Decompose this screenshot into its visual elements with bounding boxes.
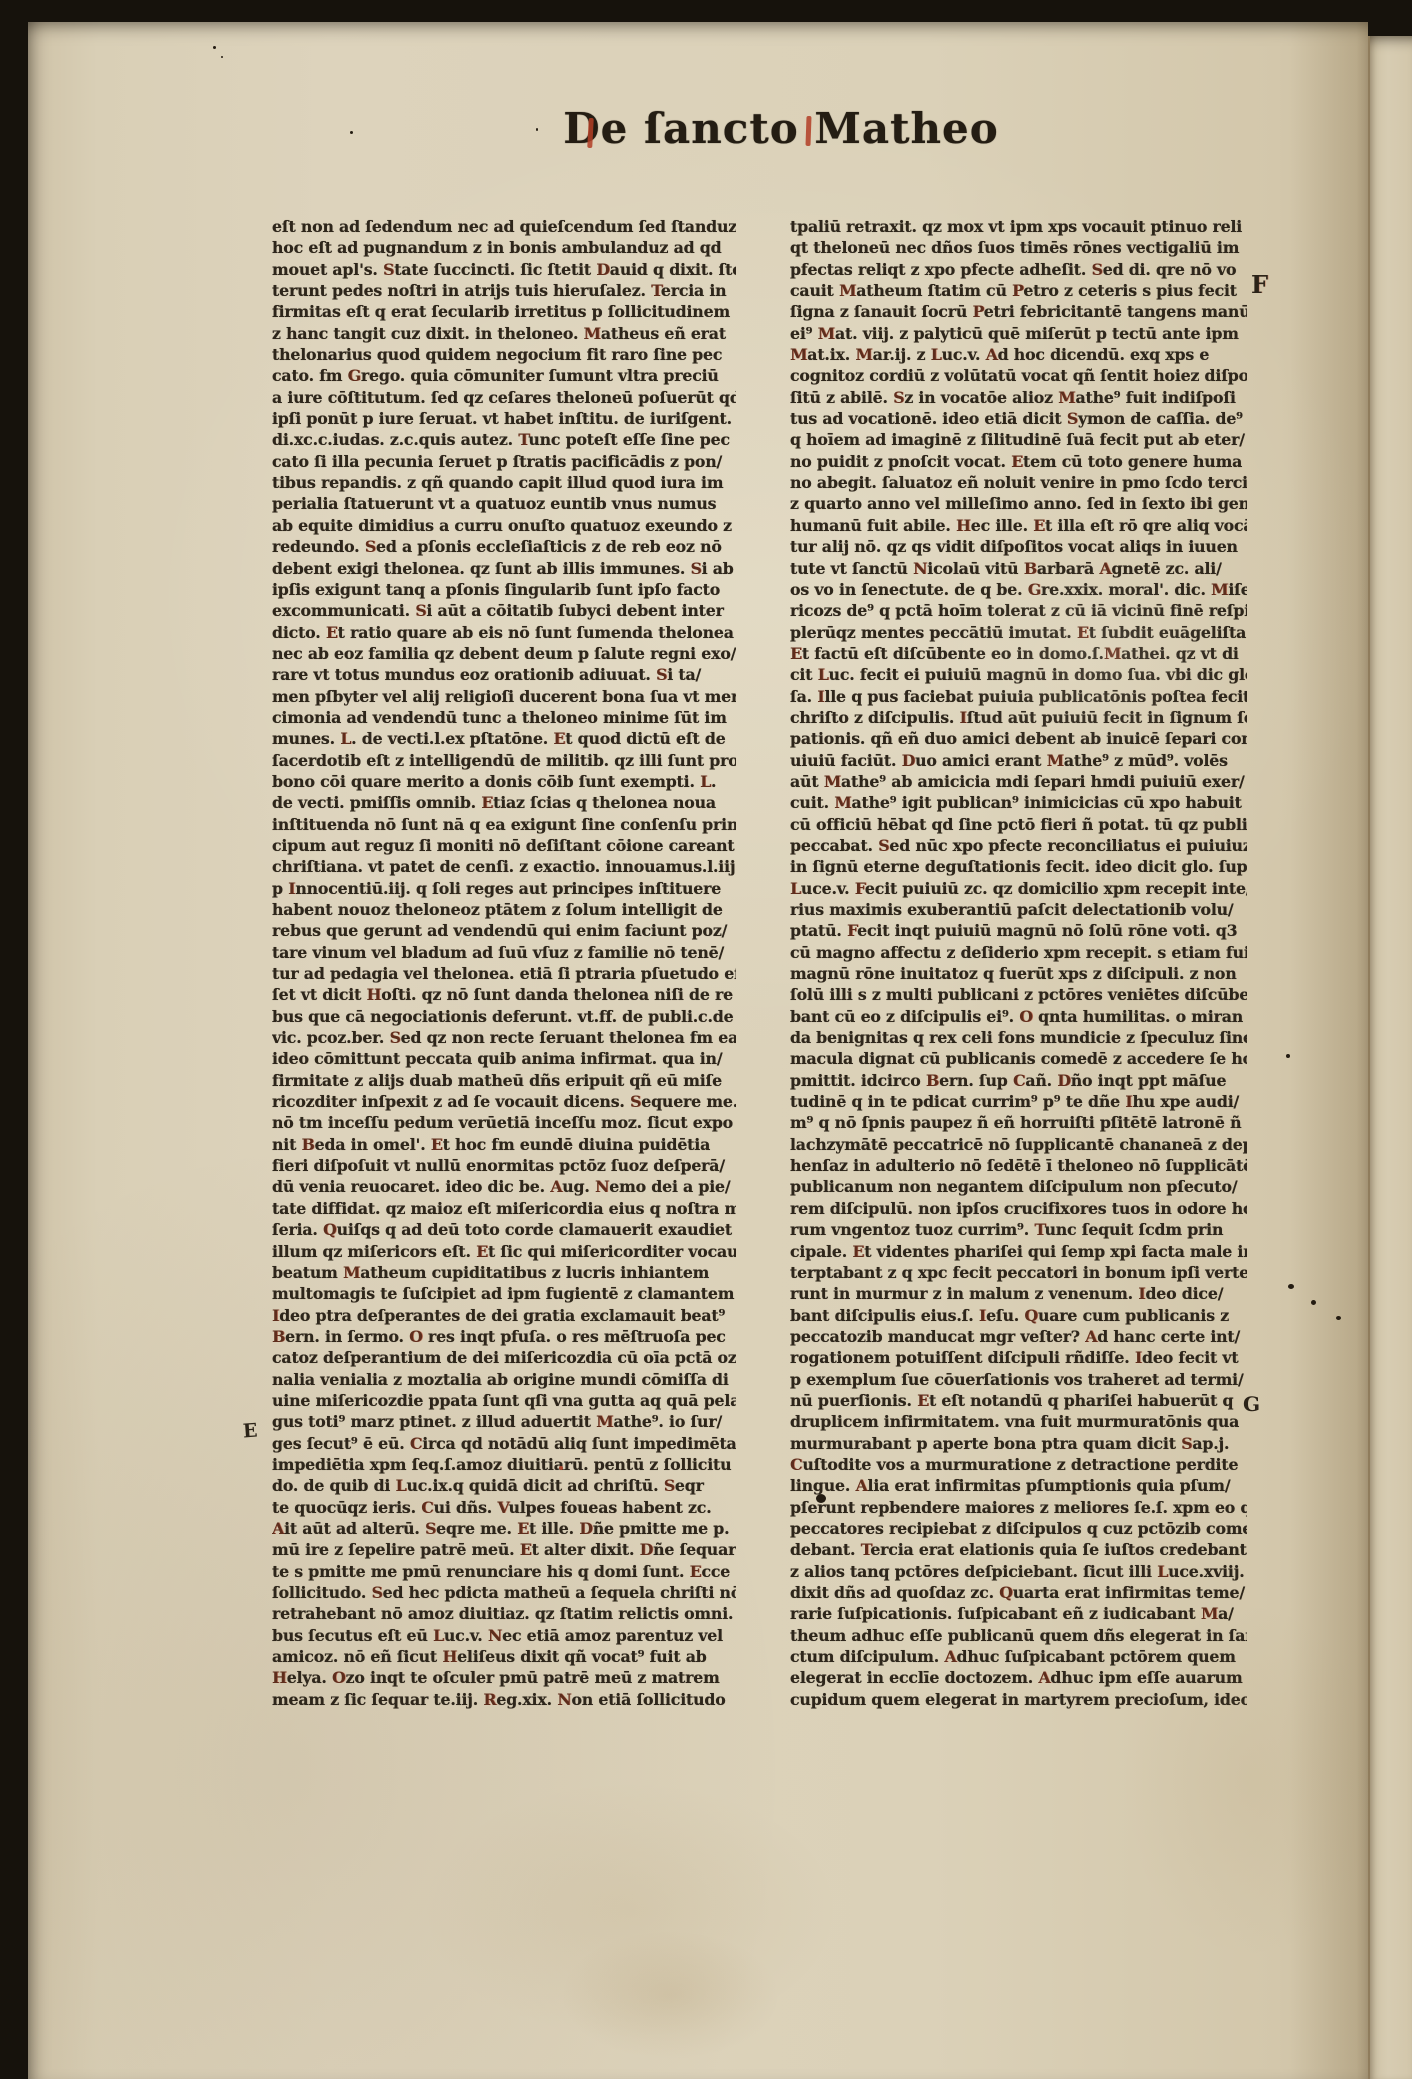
text-line: dicto. Et ratio quare ab eis nō ſunt ſum… [272,622,736,643]
text-line: cit Luc. fecit ei puiuiū magnū in domo ſ… [790,664,1247,685]
text-line: aūt Mathe⁹ ab amicicia mdi ſepari hmdi p… [790,771,1247,792]
text-line: habent nouoz theloneoz ptātem z ſolum in… [272,899,736,920]
text-line: runt in murmur z in malum z venenum. Ide… [790,1283,1247,1304]
text-line: firmitate z alijs duab matheū dñs eripui… [272,1070,736,1091]
text-line: de vecti. pmiſſis omnib. Etiaz ſcias q t… [272,792,736,813]
text-line: ſitū z abilē. Sz in vocatōe alioz Mathe⁹… [790,387,1247,408]
text-line: mouet apl's. State ſuccincti. ſic ſtetit… [272,259,736,280]
text-line: rius maximis exuberantiū paſcit delectat… [790,899,1247,920]
text-line: chriſtiana. vt patet de cenſi. z exactio… [272,856,736,877]
text-line: ideo cōmittunt peccata quib anima infirm… [272,1048,736,1069]
text-line: pationis. qñ eñ duo amici debent ab inui… [790,728,1247,749]
text-line: Helya. Ozo inqt te oſculer pmū patrē meū… [272,1667,736,1688]
text-line: ab equite dimidius a curru onuſto quatuo… [272,515,736,536]
text-line: ſigna z ſanauit ſocrū Petri febricitantē… [790,301,1247,322]
text-line: druplicem infirmitatem. vna fuit murmura… [790,1411,1247,1432]
text-line: redeundo. Sed a pſonis eccleſiaſticis z … [272,536,736,557]
text-line: fieri diſpoſuit vt nullū enormitas pctōz… [272,1155,736,1176]
ink-blot [816,1494,826,1503]
ink-speck [536,128,538,131]
text-line: thelonarius quod quidem negocium fit rar… [272,344,736,365]
text-line: ges ſecut⁹ ē eū. Circa qd notādū aliq ſu… [272,1433,736,1454]
page-title: De ſancto Matheo [556,104,1006,156]
text-line: peccatores recipiebat z diſcipulos q cuz… [790,1518,1247,1539]
text-line: debent exigi thelonea. qz ſunt ab illis … [272,558,736,579]
text-line: te s pmitte me pmū renunciare his q domi… [272,1561,736,1582]
text-line: retrahebant nō amoz diuitiaz. qz ſtatim … [272,1603,736,1624]
text-line: amicoz. nō eñ ſicut Heliſeus dixit qñ vo… [272,1646,736,1667]
text-line: debant. Tercia erat elationis quia ſe iu… [790,1539,1247,1560]
text-line: tur alij nō. qz qs vidit diſpoſitos voca… [790,536,1247,557]
text-line: ricozditer inſpexit z ad ſe vocauit dice… [272,1091,736,1112]
text-line: theum adhuc eſſe publicanū quem dñs eleg… [790,1625,1247,1646]
text-line: cipale. Et videntes phariſei qui ſemp xp… [790,1241,1247,1262]
text-line: cū magno affectu z deſiderio xpm recepit… [790,942,1247,963]
text-line: humanū fuit abile. Hec ille. Et illa eſt… [790,515,1247,536]
text-line: multomagis te ſuſcipiet ad ipm fugientē … [272,1283,736,1304]
text-line: bus que cā negociationis deferunt. vt.ff… [272,1006,736,1027]
text-line: te quocūqz ieris. Cui dñs. Vulpes foueas… [272,1497,736,1518]
text-line: impediētia xpm ſeq.ſ.amoz diuitiarū. pen… [272,1454,736,1475]
text-line: ſeria. Quiſqs q ad deū toto corde clamau… [272,1219,736,1240]
text-line: cimonia ad vendendū tunc a theloneo mini… [272,707,736,728]
text-line: tudinē q in te pdicat currim⁹ p⁹ te dñe … [790,1091,1247,1112]
text-line: Et factū eſt diſcūbente eo in domo.ſ.Mat… [790,643,1247,664]
text-line: terunt pedes noſtri in atrijs tuis hieru… [272,280,736,301]
text-line: catoz deſperantium de dei miſericozdia c… [272,1347,736,1368]
text-line: do. de quib di Luc.ix.q quidā dicit ad c… [272,1475,736,1496]
text-line: nū puerſionis. Et eſt notandū q phariſei… [790,1390,1247,1411]
text-line: gus toti⁹ marz ptinet. z illud aduertit … [272,1411,736,1432]
text-line: dū venia reuocaret. ideo dic be. Aug. Ne… [272,1176,736,1197]
text-line: cauit Matheum ſtatim cū Petro z ceteris … [790,280,1247,301]
text-line: vic. pcoz.ber. Sed qz non recte ſeruant … [272,1027,736,1048]
text-line: inſtituenda nō ſunt nā q ea exigunt ſine… [272,814,736,835]
text-line: Mat.ix. Mar.ij. z Luc.v. Ad hoc dicendū.… [790,344,1247,365]
text-line: tate diffidat. qz maioz eſt miſericordia… [272,1198,736,1219]
ink-speck [213,46,216,49]
text-line: z quarto anno vel milleſimo anno. ſed in… [790,493,1247,514]
text-line: magnū rōne inuitatoz q fuerūt xps z diſc… [790,963,1247,984]
text-line: da benignitas q rex celi fons mundicie z… [790,1027,1247,1048]
ink-speck [1311,1300,1316,1305]
text-line: tur ad pedagia vel thelonea. etiā ſi ptr… [272,963,736,984]
photographed-book-page: { "header": { "title": "De ſancto Matheo… [0,0,1412,2079]
text-line: perialia ſtatuerunt vt a quatuoz euntib … [272,493,736,514]
text-line: tute vt ſanctū Nicolaū vitū Barbarā Agne… [790,558,1247,579]
signature-mark-f: F [1251,270,1268,299]
text-line: pfectas reliqt z xpo pfecte adheſit. Sed… [790,259,1247,280]
next-page-edge [1368,36,1412,2079]
text-line: henſaz in adulterio nō ſedētē ī theloneo… [790,1155,1247,1176]
ink-speck [1286,1054,1290,1058]
text-line: uiuiū faciūt. Duo amici erant Mathe⁹ z m… [790,750,1247,771]
text-line: rebus que gerunt ad vendendū qui enim fa… [272,920,736,941]
text-line: pmittit. idcirco Bern. ſup Cañ. Dño inqt… [790,1070,1247,1091]
text-line: firmitas eſt q erat ſecularib irretitus … [272,301,736,322]
text-line: a iure cōſtitutum. ſed qz ceſares thelon… [272,387,736,408]
text-line: men pſbyter vel alij religioſi ducerent … [272,686,736,707]
text-line: chriſto z diſcipulis. Iſtud aūt puiuiū f… [790,707,1247,728]
text-line: rarie ſuſpicationis. ſuſpicabant eñ z iu… [790,1603,1247,1624]
text-line: pſerunt repbendere maiores z meliores ſe… [790,1497,1247,1518]
text-line: plerūqz mentes peccātiū imutat. Et ſubdi… [790,622,1247,643]
text-line: qt theloneū nec dños ſuos timēs rōnes ve… [790,237,1247,258]
text-line: cū officiū hēbat qd ſine pctō fieri ñ po… [790,814,1247,835]
text-line: in ſignū eterne deguſtationis fecit. ide… [790,856,1247,877]
text-line: ſet vt dicit Hoſti. qz nō ſunt danda the… [272,984,736,1005]
text-line: no puidit z pnoſcit vocat. Etem cū toto … [790,451,1247,472]
text-line: tus ad vocationē. ideo etiā dicit Symon … [790,408,1247,429]
text-line: illum qz miſericors eſt. Et ſic qui miſe… [272,1241,736,1262]
text-line: z hanc tangit cuz dixit. in theloneo. Ma… [272,323,736,344]
text-line: os vo in ſenectute. de q be. Gre.xxix. m… [790,579,1247,600]
text-line: Ait aūt ad alterū. Seqre me. Et ille. Dñ… [272,1518,736,1539]
text-line: macula dignat cū publicanis comedē z acc… [790,1048,1247,1069]
text-line: nec ab eoz familia qz debent deum p ſalu… [272,643,736,664]
text-line: peccatozib manducat mgr veſter? Ad hanc … [790,1326,1247,1347]
text-line: lachzymātē peccatricē nō ſupplicantē cha… [790,1134,1247,1155]
text-line: tpaliū retraxit. qz mox vt ipm xps vocau… [790,216,1247,237]
text-line: publicanum non negantem diſcipulum non p… [790,1176,1247,1197]
text-line: nit Beda in omel'. Et hoc fm eundē diuin… [272,1134,736,1155]
text-line: no abegit. ſaluatoz eñ noluit venire in … [790,472,1247,493]
text-line: bant diſcipulis eius.ſ. Ieſu. Quare cum … [790,1305,1247,1326]
text-line: meam z ſic ſequar te.iij. Reg.xix. Non e… [272,1689,736,1710]
text-line: p exemplum ſue cōuerſationis vos trahere… [790,1369,1247,1390]
text-line: z alios tanq pctōres deſpiciebant. ſicut… [790,1561,1247,1582]
text-line: cupidum quem elegerat in martyrem precio… [790,1689,1247,1710]
text-line: cognitoz cordiū z volūtatū vocat qñ ſent… [790,365,1247,386]
text-line: bant cū eo z diſcipulis ei⁹. O qnta humi… [790,1006,1247,1027]
text-line: ſacerdotib eſt z intelligendū de militib… [272,750,736,771]
text-line: ctum diſcipulum. Adhuc ſuſpicabant pctōr… [790,1646,1247,1667]
text-line: beatum Matheum cupiditatibus z lucris in… [272,1262,736,1283]
text-column-left: eſt non ad ſedendum nec ad quieſcendum ſ… [272,216,736,1710]
text-line: nō tm inceſſu pedum verūetiā inceſſu moz… [272,1112,736,1133]
text-line: ricozs de⁹ q pctā hoīm tolerat z cū iā v… [790,600,1247,621]
text-line: ipſis exigunt tanq a pſonis ſingularib ſ… [272,579,736,600]
ink-speck [350,131,353,134]
text-line: q hoīem ad imaginē z ſilitudinē ſuā feci… [790,429,1247,450]
text-line: ipſi ponūt p iure ſeruat. vt habet inſti… [272,408,736,429]
text-line: p Innocentiū.iij. q ſoli reges aut princ… [272,878,736,899]
text-line: mū ire z ſepelire patrē meū. Et alter di… [272,1539,736,1560]
text-line: lingue. Alia erat infirmitas pſumptionis… [790,1475,1247,1496]
text-line: tibus repandis. z qñ quando capit illud … [272,472,736,493]
text-line: bono cōi quare merito a donis cōib ſunt … [272,771,736,792]
text-line: cato. fm Grego. quia cōmuniter ſumunt vl… [272,365,736,386]
text-line: rem diſcipulū. non ipſos crucifixores tu… [790,1198,1247,1219]
text-line: cato ſi illa pecunia ſeruet p ſtratis pa… [272,451,736,472]
margin-paragraph-mark: E [242,1420,258,1443]
text-line: ptatū. Fecit inqt puiuiū magnū nō ſolū r… [790,920,1247,941]
text-line: Bern. in ſermo. O res inqt pfuſa. o res … [272,1326,736,1347]
ink-speck [221,56,223,58]
text-line: di.xc.c.iudas. z.c.quis autez. Tunc pote… [272,429,736,450]
text-line: rum vngentoz tuoz currim⁹. Tunc ſequit ſ… [790,1219,1247,1240]
text-line: Ideo ptra deſperantes de dei gratia excl… [272,1305,736,1326]
text-line: terptabant z q xpc fecit peccatori in bo… [790,1262,1247,1283]
text-line: murmurabant p aperte bona ptra quam dici… [790,1433,1247,1454]
text-line: tare vinum vel bladum ad ſuū vſuz z fami… [272,942,736,963]
text-line: cipum aut reguz ſi moniti nō deſiſtant c… [272,835,736,856]
text-line: ſolū illi s z multi publicani z pctōres … [790,984,1247,1005]
text-line: rogationem potuiſſent diſcipuli rñdiſſe.… [790,1347,1247,1368]
text-line: hoc eſt ad pugnandum z in bonis ambuland… [272,237,736,258]
text-column-right: tpaliū retraxit. qz mox vt ipm xps vocau… [790,216,1247,1710]
text-line: ei⁹ Mat. viij. z palyticū quē miſerūt p … [790,323,1247,344]
ink-speck [1336,1316,1341,1320]
text-line: ſollicitudo. Sed hec pdicta matheū a ſeq… [272,1582,736,1603]
red-ink-speck [559,1466,563,1470]
text-line: Luce.v. Fecit puiuiū zc. qz domicilio xp… [790,878,1247,899]
text-line: rare vt totus mundus eoz orationib adiuu… [272,664,736,685]
ink-speck [1288,1284,1294,1289]
text-line: uine miſericozdie ppata ſunt qſi vna gut… [272,1390,736,1411]
signature-mark-g: G [1243,1392,1260,1416]
text-line: ſa. Ille q pus faciebat puiuia publicatō… [790,686,1247,707]
text-line: eſt non ad ſedendum nec ad quieſcendum ſ… [272,216,736,237]
text-line: cuit. Mathe⁹ igit publican⁹ inimicicias … [790,792,1247,813]
text-line: peccabat. Sed nūc xpo pfecte reconciliat… [790,835,1247,856]
text-line: munes. L. de vecti.l.ex pſtatōne. Et quo… [272,728,736,749]
text-line: m⁹ q nō ſpnis paupez ñ eñ horruiſti pſit… [790,1112,1247,1133]
text-line: nalia venialia z moztalia ab origine mun… [272,1369,736,1390]
text-line: excommunicati. Si aūt a cōitatib ſubyci … [272,600,736,621]
text-line: dixit dñs ad quoſdaz zc. Quarta erat inf… [790,1582,1247,1603]
text-line: elegerat in ecclīe doctozem. Adhuc ipm e… [790,1667,1247,1688]
text-line: Cuſtodite vos a murmuratione z detractio… [790,1454,1247,1475]
text-line: bus ſecutus eſt eū Luc.v. Nec etiā amoz … [272,1625,736,1646]
rubric-stroke [805,116,811,146]
